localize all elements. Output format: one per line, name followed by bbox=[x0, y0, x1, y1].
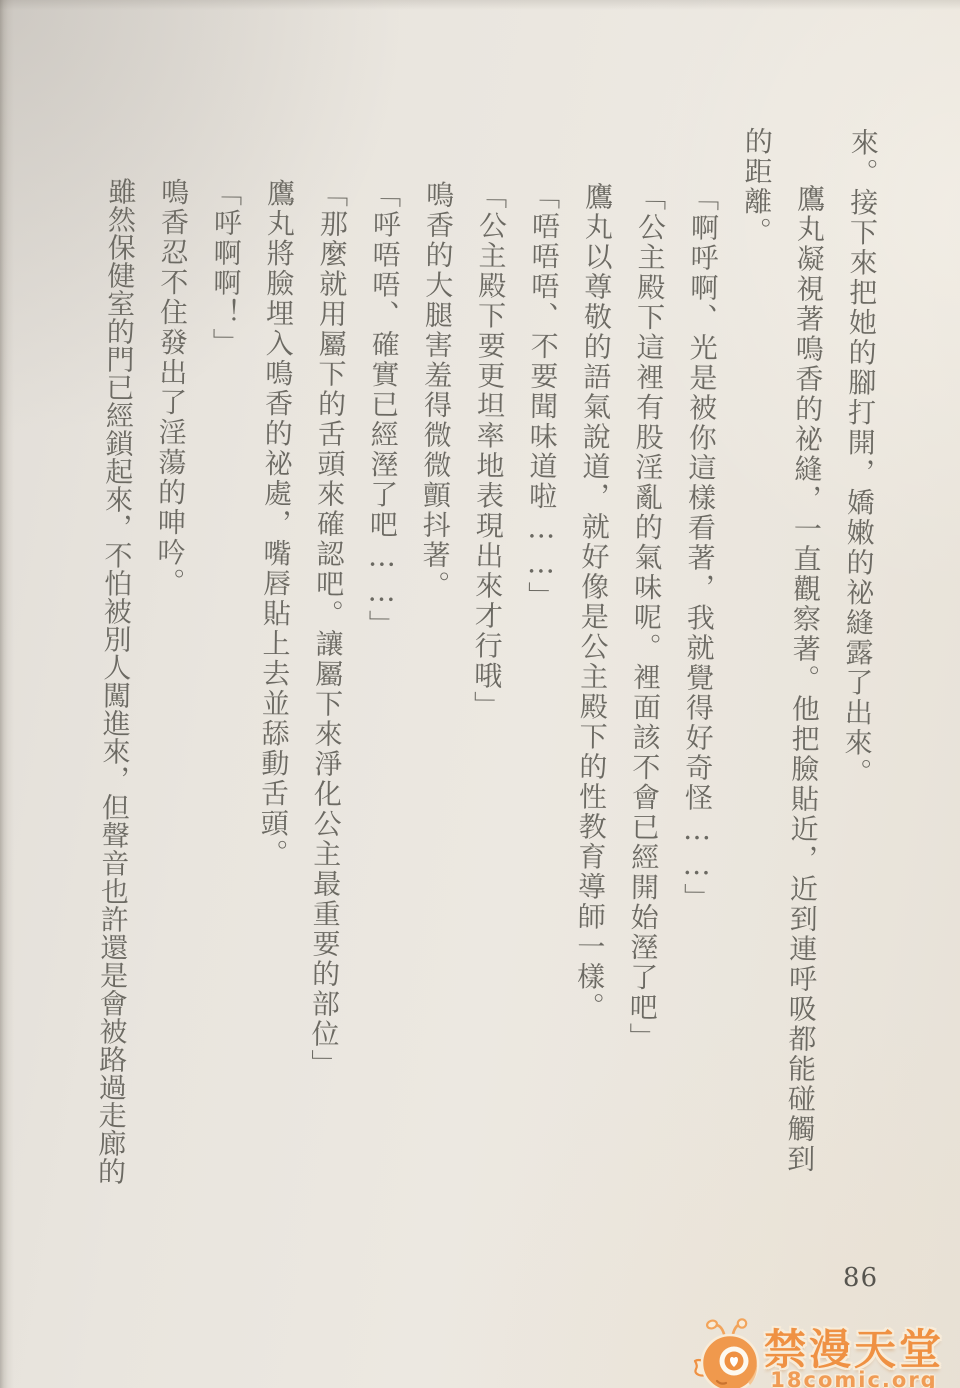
mascot-whale-icon bbox=[692, 1318, 760, 1388]
paragraph: 「唔唔唔、不要聞味道啦……」 bbox=[508, 124, 572, 1196]
paragraph: 鳴香的大腿害羞得微微顫抖著。 bbox=[402, 123, 466, 1195]
paragraph: 「呼唔唔、確實已經溼了吧……」 bbox=[349, 122, 413, 1194]
watermark-site-url: 18comic.org bbox=[770, 1368, 937, 1388]
paragraph: 「那麼就用屬下的舌頭來確認吧。讓屬下來淨化公主最重要的部位」 bbox=[296, 122, 360, 1194]
page-top-edge-shadow bbox=[0, 0, 960, 10]
paragraph: 「啊呼啊、光是被你這樣看著，我就覺得好奇怪……」 bbox=[667, 126, 731, 1198]
paragraph: 雖然保健室的門已經鎖起來，不怕被別人闖進來，但聲音也許還是會被路過走廊的 bbox=[84, 120, 148, 1192]
paragraph: 「呼啊啊！」 bbox=[190, 121, 254, 1193]
watermark-text: 禁漫天堂 18comic.org bbox=[764, 1328, 944, 1388]
page-left-edge-shadow bbox=[0, 0, 14, 1388]
paragraph: 鷹丸凝視著鳴香的祕縫，一直觀察著。他把臉貼近，近到連呼吸都能碰觸到的距離。 bbox=[720, 126, 837, 1199]
paragraph: 鳴香忍不住發出了淫蕩的呻吟。 bbox=[137, 120, 201, 1192]
watermark: 禁漫天堂 18comic.org bbox=[692, 1318, 944, 1388]
paragraph: 「公主殿下要更坦率地表現出來才行哦」 bbox=[455, 124, 519, 1196]
paragraph: 「公主殿下這裡有股淫亂的氣味呢。裡面該不會已經開始溼了吧」 bbox=[614, 125, 678, 1197]
watermark-site-name: 禁漫天堂 bbox=[764, 1328, 944, 1372]
paragraph: 來。接下來把她的腳打開，嬌嫩的祕縫露了出來。 bbox=[826, 127, 890, 1199]
vertical-text-block: 來。接下來把她的腳打開，嬌嫩的祕縫露了出來。 鷹丸凝視著鳴香的祕縫，一直觀察著。… bbox=[84, 120, 890, 1200]
scanned-book-page: 來。接下來把她的腳打開，嬌嫩的祕縫露了出來。 鷹丸凝視著鳴香的祕縫，一直觀察著。… bbox=[0, 0, 960, 1388]
page-number: 86 bbox=[843, 1263, 878, 1293]
